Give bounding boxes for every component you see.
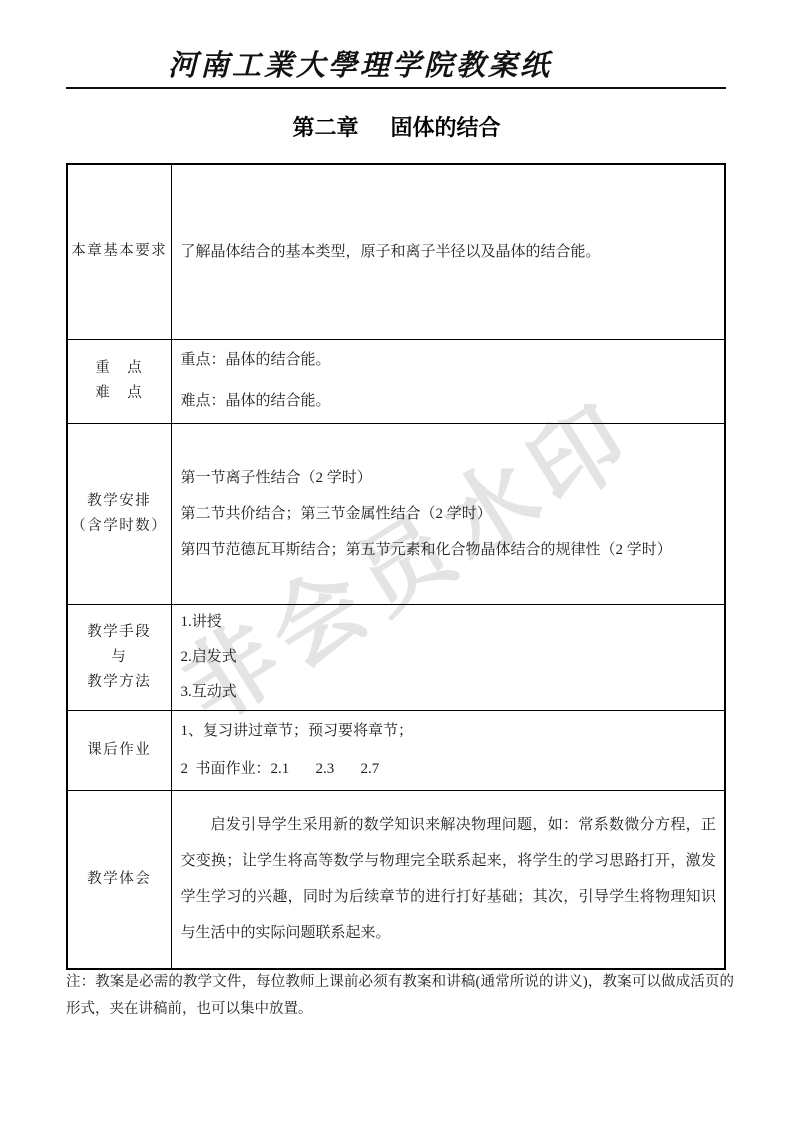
row-key-difficult-points: 重 点 难 点 重点：晶体的结合能。 难点：晶体的结合能。 xyxy=(67,339,725,423)
row-basic-requirements-content: 了解晶体结合的基本类型，原子和离子半径以及晶体的结合能。 xyxy=(171,164,725,339)
chapter-name: 固体的结合 xyxy=(391,115,501,140)
reflection-paragraph: 启发引导学生采用新的数学知识来解决物理问题，如：常系数微分方程，正交变换；让学生… xyxy=(181,807,717,951)
label-line: 教学手段 xyxy=(68,620,171,645)
header-divider xyxy=(66,87,726,89)
row-teaching-methods: 教学手段 与 教学方法 1.讲授 2.启发式 3.互动式 xyxy=(67,604,725,710)
label-line: （含学时数） xyxy=(68,514,171,539)
content-line: 第一节离子性结合（2 学时） xyxy=(181,460,717,496)
label-line: 难 点 xyxy=(68,381,171,406)
content-line: 第二节共价结合；第三节金属性结合（2 学时） xyxy=(181,496,717,532)
content-line: 3.互动式 xyxy=(181,675,717,710)
row-homework: 课后作业 1、复习讲过章节；预习要将章节； 2 书面作业：2.1 2.3 2.7 xyxy=(67,710,725,790)
chapter-title: 第二章固体的结合 xyxy=(0,111,793,145)
content-line: 难点：晶体的结合能。 xyxy=(181,381,717,422)
label-line: 本章基本要求 xyxy=(68,239,171,264)
content-line: 1.讲授 xyxy=(181,605,717,640)
row-key-difficult-points-label: 重 点 难 点 xyxy=(67,339,171,423)
content-line: 重点：晶体的结合能。 xyxy=(181,340,717,381)
row-teaching-reflection: 教学体会 启发引导学生采用新的数学知识来解决物理问题，如：常系数微分方程，正交变… xyxy=(67,790,725,969)
row-teaching-schedule-label: 教学安排 （含学时数） xyxy=(67,423,171,604)
row-basic-requirements-label: 本章基本要求 xyxy=(67,164,171,339)
row-key-difficult-points-content: 重点：晶体的结合能。 难点：晶体的结合能。 xyxy=(171,339,725,423)
teaching-plan-page: 非会员水印 河南工業大學理学院教案纸 第二章固体的结合 本章基本要求 了解晶体结… xyxy=(0,0,793,1122)
label-line: 重 点 xyxy=(68,356,171,381)
row-teaching-schedule: 教学安排 （含学时数） 第一节离子性结合（2 学时） 第二节共价结合；第三节金属… xyxy=(67,423,725,604)
row-homework-label: 课后作业 xyxy=(67,710,171,790)
chapter-number: 第二章 xyxy=(292,115,358,140)
teaching-plan-table: 本章基本要求 了解晶体结合的基本类型，原子和离子半径以及晶体的结合能。 重 点 … xyxy=(66,163,726,970)
content-line: 了解晶体结合的基本类型，原子和离子半径以及晶体的结合能。 xyxy=(181,240,717,264)
content-line: 第四节范德瓦耳斯结合；第五节元素和化合物晶体结合的规律性（2 学时） xyxy=(181,532,717,568)
label-line: 教学体会 xyxy=(68,867,171,892)
label-line: 与 xyxy=(68,645,171,670)
school-header-calligraphy: 河南工業大學理学院教案纸 xyxy=(0,46,720,86)
row-homework-content: 1、复习讲过章节；预习要将章节； 2 书面作业：2.1 2.3 2.7 xyxy=(171,710,725,790)
row-basic-requirements: 本章基本要求 了解晶体结合的基本类型，原子和离子半径以及晶体的结合能。 xyxy=(67,164,725,339)
content-line: 2.启发式 xyxy=(181,640,717,675)
label-line: 课后作业 xyxy=(68,738,171,763)
row-teaching-methods-content: 1.讲授 2.启发式 3.互动式 xyxy=(171,604,725,710)
label-line: 教学方法 xyxy=(68,670,171,695)
row-teaching-schedule-content: 第一节离子性结合（2 学时） 第二节共价结合；第三节金属性结合（2 学时） 第四… xyxy=(171,423,725,604)
content-line: 2 书面作业：2.1 2.3 2.7 xyxy=(181,750,717,788)
label-line: 教学安排 xyxy=(68,489,171,514)
row-teaching-methods-label: 教学手段 与 教学方法 xyxy=(67,604,171,710)
footnote: 注：教案是必需的教学文件，每位教师上课前必须有教案和讲稿(通常所说的讲义)，教案… xyxy=(66,969,734,1023)
content-line: 1、复习讲过章节；预习要将章节； xyxy=(181,712,717,750)
row-teaching-reflection-content: 启发引导学生采用新的数学知识来解决物理问题，如：常系数微分方程，正交变换；让学生… xyxy=(171,790,725,969)
row-teaching-reflection-label: 教学体会 xyxy=(67,790,171,969)
